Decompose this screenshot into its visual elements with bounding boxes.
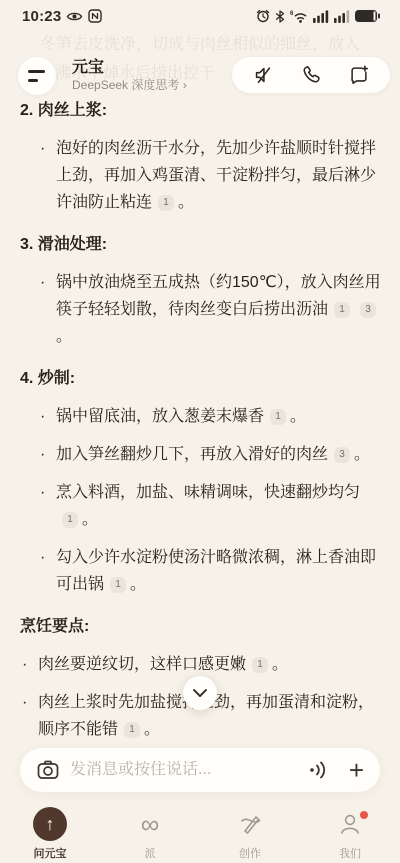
chat-content: 2. 肉丝上浆:·泡好的肉丝沥干水分，先加少许盐顺时针搅拌上劲，再加入鸡蛋清、干… (20, 95, 382, 743)
citation-badge[interactable]: 3 (360, 302, 376, 318)
bullet-text: 烹入料酒，加盐、味精调味，快速翻炒均匀 (56, 484, 360, 501)
bullet-item: ·肉丝要逆纹切，这样口感更嫩1。 (22, 651, 382, 678)
citation-badge[interactable]: 1 (124, 722, 140, 738)
section-heading: 2. 肉丝上浆: (20, 97, 382, 124)
section-heading: 3. 滑油处理: (20, 231, 382, 258)
phone-call-icon[interactable] (300, 64, 322, 86)
bullet-text: 锅中放油烧至五成热（约150℃），放入肉丝用筷子轻轻划散，待肉丝变白后捞出沥油 (56, 274, 381, 318)
citation-badge[interactable]: 1 (158, 195, 174, 211)
bullet-suffix: 。 (290, 408, 306, 425)
app-title: 元宝 (72, 59, 187, 77)
infinity-icon: ∞ (141, 811, 160, 837)
camera-icon[interactable] (36, 758, 60, 782)
bottom-nav: ↑ 问元宝 ∞ 派 创作 我们 (0, 800, 400, 863)
bullet-suffix: 。 (82, 511, 98, 528)
message-input[interactable] (70, 761, 307, 779)
bluetooth-icon (275, 10, 285, 23)
bullet-text: 肉丝要逆纹切，这样口感更嫩 (38, 656, 246, 673)
scroll-to-bottom-button[interactable] (183, 676, 217, 710)
bullet-suffix: 。 (178, 194, 194, 211)
app-header: 元宝 DeepSeek 深度思考 › (0, 56, 400, 96)
citation-badge[interactable]: 1 (270, 409, 286, 425)
hamburger-icon (28, 70, 45, 73)
bullet-suffix: 。 (130, 576, 146, 593)
citation-badge[interactable]: 1 (62, 512, 78, 528)
chevron-down-icon (192, 688, 208, 698)
bullet-item: ·烹入料酒，加盐、味精调味，快速翻炒均匀1。 (40, 479, 382, 533)
bullet-suffix: 。 (354, 446, 370, 463)
new-chat-icon[interactable] (348, 64, 370, 86)
bullet-dot: · (40, 269, 45, 296)
bullet-suffix: 。 (56, 328, 72, 345)
bullet-suffix: 。 (144, 721, 160, 738)
bullet-dot: · (22, 689, 27, 716)
wifi6-icon: 6 (290, 10, 308, 23)
bullet-text: 加入笋丝翻炒几下，再放入滑好的肉丝 (56, 446, 328, 463)
nav-item-pai[interactable]: ∞ 派 (100, 800, 200, 863)
alarm-icon (256, 9, 270, 23)
nav-label: 创作 (239, 845, 261, 861)
faded-scrolled-text-line1: 冬笋去皮洗净，切成与肉丝相似的细丝，放入 (40, 31, 360, 54)
bullet-dot: · (40, 479, 45, 506)
citation-badge[interactable]: 1 (110, 577, 126, 593)
bullet-item: ·勾入少许水淀粉使汤汁略微浓稠，淋上香油即可出锅1。 (40, 544, 382, 598)
section-heading: 4. 炒制: (20, 365, 382, 392)
bullet-dot: · (40, 441, 45, 468)
nav-label: 派 (145, 845, 156, 861)
bullet-item: ·加入笋丝翻炒几下，再放入滑好的肉丝3。 (40, 441, 382, 468)
bullet-text: 泡好的肉丝沥干水分，先加少许盐顺时针搅拌上劲，再加入鸡蛋清、干淀粉拌匀，最后淋少… (56, 140, 376, 211)
model-subtitle[interactable]: DeepSeek 深度思考 › (72, 79, 187, 93)
notification-dot (360, 811, 368, 819)
bullet-dot: · (40, 403, 45, 430)
status-bar: 10:23 6 (0, 0, 400, 28)
mute-speaker-icon[interactable] (252, 64, 274, 86)
content-section: 2. 肉丝上浆:·泡好的肉丝沥干水分，先加少许盐顺时针搅拌上劲，再加入鸡蛋清、干… (20, 97, 382, 216)
bullet-text: 锅中留底油，放入葱姜末爆香 (56, 408, 264, 425)
create-icon (237, 811, 263, 837)
battery-icon (355, 10, 380, 22)
eye-protection-icon (66, 10, 83, 23)
status-time: 10:23 (22, 8, 61, 25)
nav-item-create[interactable]: 创作 (200, 800, 300, 863)
chevron-right-icon: › (183, 78, 187, 92)
menu-button[interactable] (18, 57, 56, 95)
nfc-icon (88, 9, 102, 23)
citation-badge[interactable]: 1 (334, 302, 350, 318)
bullet-dot: · (40, 544, 45, 571)
profile-icon (337, 811, 363, 837)
yuanbao-arrow-icon: ↑ (33, 807, 67, 841)
bullet-dot: · (22, 651, 27, 678)
svg-text:6: 6 (290, 11, 294, 17)
bullet-item: ·锅中放油烧至五成热（约150℃），放入肉丝用筷子轻轻划散，待肉丝变白后捞出沥油… (40, 269, 382, 350)
bullet-item: ·泡好的肉丝沥干水分，先加少许盐顺时针搅拌上劲，再加入鸡蛋清、干淀粉拌匀，最后淋… (40, 135, 382, 216)
bullet-item: ·锅中留底油，放入葱姜末爆香1。 (40, 403, 382, 430)
header-actions (232, 57, 390, 93)
section-heading: 烹饪要点: (20, 613, 382, 640)
nav-label: 我们 (339, 845, 361, 861)
bullet-suffix: 。 (272, 656, 288, 673)
citation-badge[interactable]: 3 (334, 447, 350, 463)
nav-item-ask-yuanbao[interactable]: ↑ 问元宝 (0, 800, 100, 863)
message-input-bar: + (20, 748, 380, 792)
content-section: 4. 炒制:·锅中留底油，放入葱姜末爆香1。·加入笋丝翻炒几下，再放入滑好的肉丝… (20, 365, 382, 598)
nav-item-us[interactable]: 我们 (300, 800, 400, 863)
content-section: 3. 滑油处理:·锅中放油烧至五成热（约150℃），放入肉丝用筷子轻轻划散，待肉… (20, 231, 382, 350)
citation-badge[interactable]: 1 (252, 657, 268, 673)
plus-icon[interactable]: + (349, 757, 364, 783)
bullet-dot: · (40, 135, 45, 162)
nav-label: 问元宝 (34, 845, 67, 861)
bullet-text: 勾入少许水淀粉使汤汁略微浓稠，淋上香油即可出锅 (56, 549, 376, 593)
voice-wave-icon[interactable] (307, 758, 331, 782)
signal-icon (313, 10, 329, 23)
title-block[interactable]: 元宝 DeepSeek 深度思考 › (72, 59, 187, 93)
signal2-icon (334, 10, 350, 23)
